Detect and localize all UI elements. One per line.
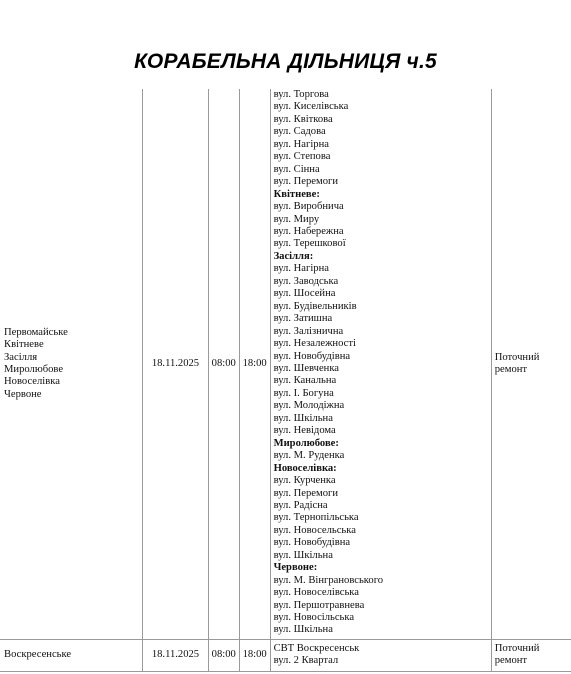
- settlement-group-heading: Засілля:: [274, 251, 489, 263]
- street-name: вул. Радісна: [274, 500, 489, 512]
- settlement-name: Миролюбове: [4, 364, 140, 376]
- street-name: вул. Новоселівська: [274, 587, 489, 599]
- street-name: вул. Сінна: [274, 164, 489, 176]
- settlements-cell: ПервомайськеКвітневеЗасілляМиролюбовеНов…: [0, 89, 143, 639]
- street-name: вул. Степова: [274, 151, 489, 163]
- street-name: вул. Квіткова: [274, 114, 489, 126]
- street-name: вул. Киселівська: [274, 101, 489, 113]
- street-name: вул. Перемоги: [274, 176, 489, 188]
- work-type-text: ремонт: [495, 364, 569, 376]
- street-name: вул. Новобудівна: [274, 351, 489, 363]
- end-time-cell: 18:00: [239, 89, 270, 639]
- street-name: вул. Набережна: [274, 226, 489, 238]
- street-name: вул. Новосільська: [274, 612, 489, 624]
- work-type-text: ремонт: [495, 655, 569, 667]
- start-time-cell: 08:00: [208, 639, 239, 671]
- street-name: вул. Курченка: [274, 475, 489, 487]
- street-name: вул. Заводська: [274, 276, 489, 288]
- street-name: вул. Миру: [274, 214, 489, 226]
- street-name: вул. Новосельська: [274, 525, 489, 537]
- work-type-cell: Поточнийремонт: [491, 89, 571, 639]
- street-name: вул. Нагірна: [274, 263, 489, 275]
- street-name: вул. І. Богуна: [274, 388, 489, 400]
- settlement-group-heading: Червоне:: [274, 562, 489, 574]
- street-name: вул. Тернопільська: [274, 512, 489, 524]
- street-name: вул. Терешкової: [274, 238, 489, 250]
- settlement-name: Засілля: [4, 352, 140, 364]
- settlement-name: Новоселівка: [4, 376, 140, 388]
- street-name: вул. Незалежності: [274, 338, 489, 350]
- settlement-name: Первомайське: [4, 327, 140, 339]
- street-name: СВТ Воскресенськ: [274, 643, 489, 655]
- end-time-cell: 18:00: [239, 639, 270, 671]
- street-name: вул. Будівельників: [274, 301, 489, 313]
- street-name: вул. Затишна: [274, 313, 489, 325]
- settlement-group-heading: Квітневе:: [274, 189, 489, 201]
- street-name: вул. Першотравнева: [274, 600, 489, 612]
- settlement-group-heading: Новоселівка:: [274, 463, 489, 475]
- table-row: ПервомайськеКвітневеЗасілляМиролюбовеНов…: [0, 89, 571, 639]
- street-name: вул. 2 Квартал: [274, 655, 489, 667]
- street-name: вул. Новобудівна: [274, 537, 489, 549]
- work-type-text: Поточний: [495, 643, 569, 655]
- date-cell: 18.11.2025: [143, 89, 209, 639]
- work-type-text: Поточний: [495, 352, 569, 364]
- settlement-name: Червоне: [4, 389, 140, 401]
- settlement-name: Квітневе: [4, 339, 140, 351]
- street-name: вул. Виробнича: [274, 201, 489, 213]
- settlements-cell: Воскресенське: [0, 639, 143, 671]
- schedule-body: ПервомайськеКвітневеЗасілляМиролюбовеНов…: [0, 89, 571, 671]
- streets-cell: вул. Торговавул. Киселівськавул. Квітков…: [270, 89, 491, 639]
- outage-schedule-table: ПервомайськеКвітневеЗасілляМиролюбовеНов…: [0, 89, 571, 672]
- streets-cell: СВТ Воскресенськвул. 2 Квартал: [270, 639, 491, 671]
- street-name: вул. Садова: [274, 126, 489, 138]
- street-name: вул. Шкільна: [274, 624, 489, 636]
- street-name: вул. Канальна: [274, 375, 489, 387]
- settlement-group-heading: Миролюбове:: [274, 438, 489, 450]
- street-name: вул. Шосейна: [274, 288, 489, 300]
- street-name: вул. Шкільна: [274, 550, 489, 562]
- street-name: вул. Залізнична: [274, 326, 489, 338]
- street-name: вул. Шкільна: [274, 413, 489, 425]
- street-name: вул. М. Вінграновського: [274, 575, 489, 587]
- street-name: вул. Нагірна: [274, 139, 489, 151]
- page-title: КОРАБЕЛЬНА ДІЛЬНИЦЯ ч.5: [0, 50, 571, 74]
- street-name: вул. Молодіжна: [274, 400, 489, 412]
- street-name: вул. Шевченка: [274, 363, 489, 375]
- settlement-name: Воскресенське: [4, 649, 140, 661]
- work-type-cell: Поточнийремонт: [491, 639, 571, 671]
- street-name: вул. Невідома: [274, 425, 489, 437]
- street-name: вул. М. Руденка: [274, 450, 489, 462]
- date-cell: 18.11.2025: [143, 639, 209, 671]
- table-row: Воскресенське18.11.202508:0018:00СВТ Вос…: [0, 639, 571, 671]
- street-name: вул. Перемоги: [274, 488, 489, 500]
- street-name: вул. Торгова: [274, 89, 489, 101]
- start-time-cell: 08:00: [208, 89, 239, 639]
